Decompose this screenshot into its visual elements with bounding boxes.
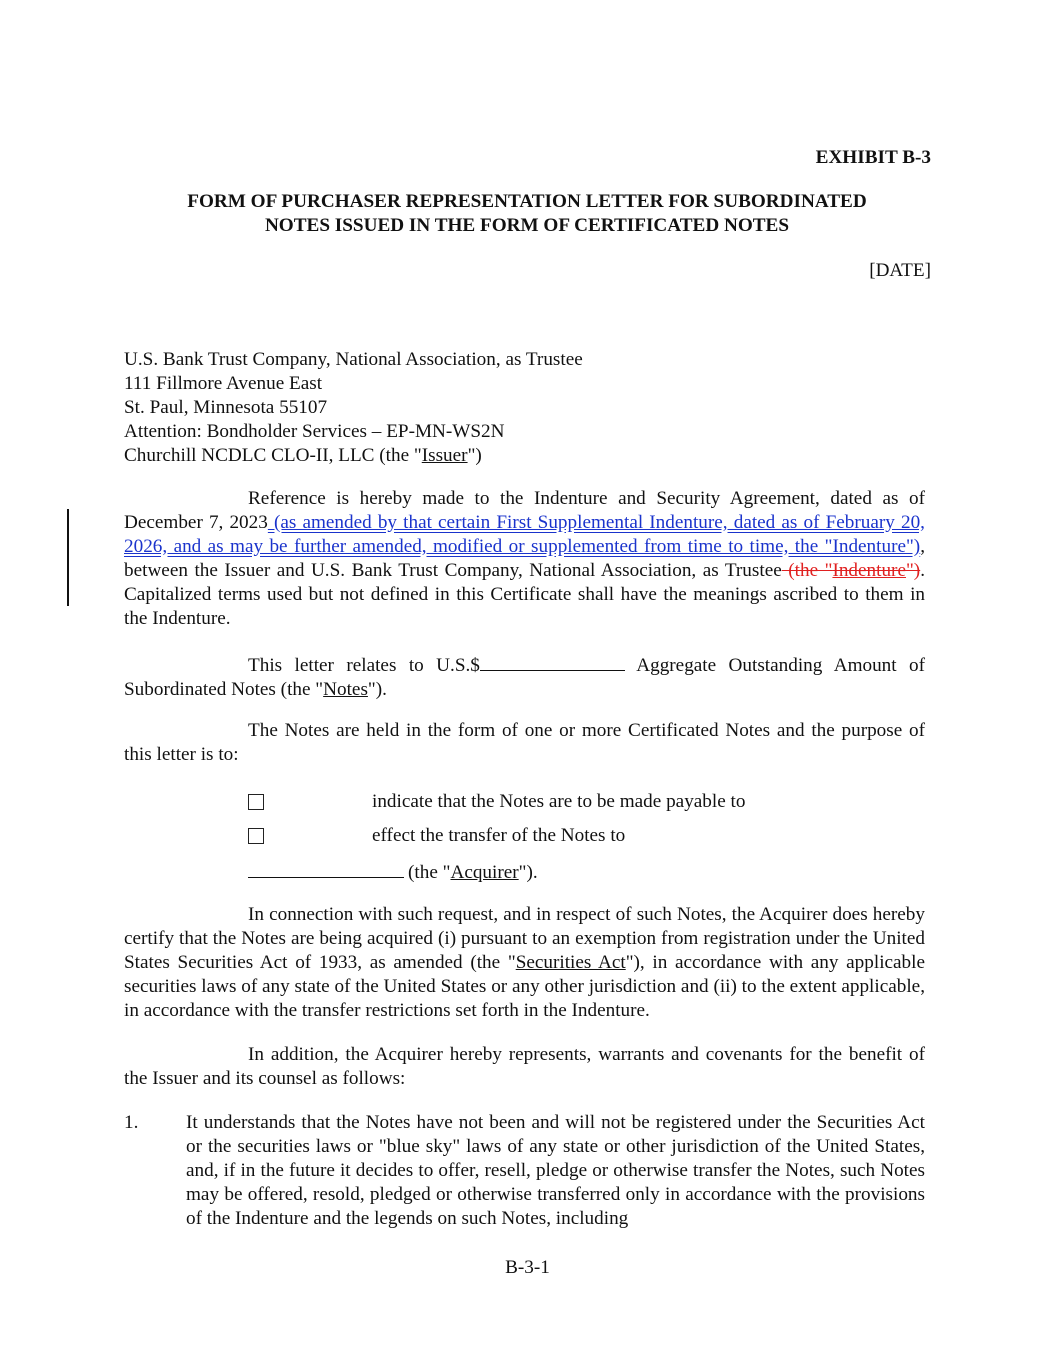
document-page: EXHIBIT B-3 FORM OF PURCHASER REPRESENTA… [0, 0, 1055, 1365]
defined-term-securities-act: Securities Act [516, 952, 626, 973]
purpose-paragraph: The Notes are held in the form of one or… [124, 719, 925, 767]
defined-term-notes: Notes [323, 679, 368, 700]
defined-term-issuer: Issuer [422, 445, 468, 466]
change-bar [67, 509, 69, 606]
address-line: U.S. Bank Trust Company, National Associ… [124, 348, 583, 372]
amount-blank-field[interactable] [480, 651, 625, 671]
address-line: 111 Fillmore Avenue East [124, 372, 583, 396]
address-block: U.S. Bank Trust Company, National Associ… [124, 348, 583, 468]
address-line: Attention: Bondholder Services – EP-MN-W… [124, 420, 583, 444]
option-label: indicate that the Notes are to be made p… [372, 790, 745, 814]
title-line-1: FORM OF PURCHASER REPRESENTATION LETTER … [187, 191, 866, 212]
page-number: B-3-1 [0, 1256, 1055, 1280]
checkbox-transfer[interactable] [248, 828, 264, 844]
deleted-text[interactable]: (the "Indenture") [782, 560, 920, 581]
acquirer-line: (the "Acquirer"). [248, 858, 538, 885]
reference-paragraph: Reference is hereby made to the Indentur… [124, 487, 925, 631]
list-text: It understands that the Notes have not b… [186, 1111, 925, 1231]
date-placeholder: [DATE] [869, 259, 931, 283]
title-line-2: NOTES ISSUED IN THE FORM OF CERTIFICATED… [265, 215, 789, 236]
acquirer-blank-field[interactable] [248, 858, 404, 878]
checkbox-payable[interactable] [248, 794, 264, 810]
representations-paragraph: In addition, the Acquirer hereby represe… [124, 1043, 925, 1091]
amount-paragraph: This letter relates to U.S.$ Aggregate O… [124, 651, 925, 702]
defined-term-acquirer: Acquirer [450, 862, 518, 883]
option-label: effect the transfer of the Notes to [372, 824, 625, 848]
address-line: St. Paul, Minnesota 55107 [124, 396, 583, 420]
document-title: FORM OF PURCHASER REPRESENTATION LETTER … [124, 190, 930, 238]
exhibit-label: EXHIBIT B-3 [816, 146, 931, 170]
certification-paragraph: In connection with such request, and in … [124, 903, 925, 1023]
issuer-line: Churchill NCDLC CLO-II, LLC (the "Issuer… [124, 444, 583, 468]
list-number: 1. [124, 1111, 138, 1135]
